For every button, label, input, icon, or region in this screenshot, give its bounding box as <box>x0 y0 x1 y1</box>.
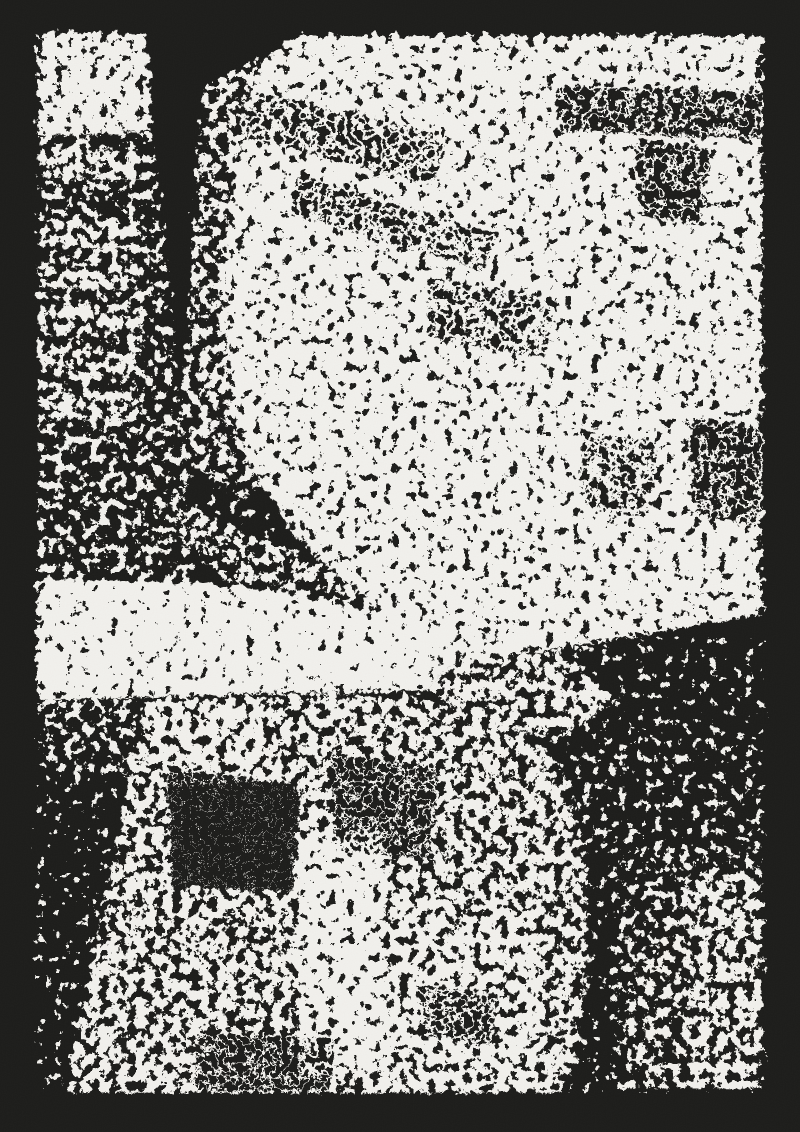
photo-svg <box>0 0 800 1132</box>
dithered-photo <box>0 0 800 1132</box>
photo-regions <box>0 0 800 1132</box>
film-grain-overlay <box>0 0 800 1132</box>
